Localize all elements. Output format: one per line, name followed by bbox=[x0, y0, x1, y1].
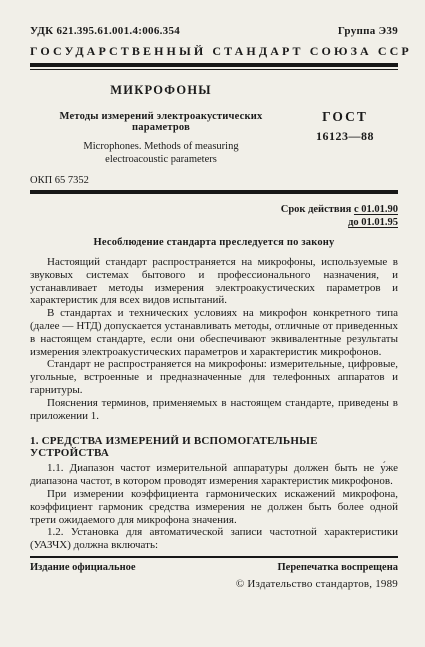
banner-rule-thick bbox=[30, 63, 398, 67]
publisher-copyright: © Издательство стандартов, 1989 bbox=[30, 578, 398, 590]
validity-block: Срок действия с 01.01.90 до 01.01.95 bbox=[30, 203, 398, 229]
okp-code: ОКП 65 7352 bbox=[30, 175, 398, 186]
section-1-heading: 1. СРЕДСТВА ИЗМЕРЕНИЙ И ВСПОМОГАТЕЛЬНЫЕ … bbox=[30, 435, 398, 459]
gost-document-page: УДК 621.395.61.001.4:006.354 Группа Э39 … bbox=[0, 0, 425, 647]
section-1-paragraph-3: 1.2. Установка для автоматической записи… bbox=[30, 526, 398, 552]
document-subtitle-en: Microphones. Methods of measuring electr… bbox=[30, 141, 292, 166]
udk-code: УДК 621.395.61.001.4:006.354 bbox=[30, 25, 180, 37]
intro-paragraph-3: Стандарт не распространяется на микрофон… bbox=[30, 358, 398, 396]
document-subtitle-ru: Методы измерений электроакустических пар… bbox=[30, 111, 292, 133]
reprint-prohibited-label: Перепечатка воспрещена bbox=[278, 562, 398, 573]
section-1-paragraph-2: При измерении коэффициента гармонических… bbox=[30, 488, 398, 526]
group-code: Группа Э39 bbox=[338, 25, 398, 37]
official-edition-label: Издание официальное bbox=[30, 562, 136, 573]
title-block: МИКРОФОНЫ Методы измерений электроакусти… bbox=[30, 83, 398, 166]
footer-labels-row: Издание официальное Перепечатка воспреще… bbox=[30, 562, 398, 573]
gost-designation-block: ГОСТ 16123—88 bbox=[292, 83, 398, 166]
section-1-text: 1.1. Диапазон частот измерительной аппар… bbox=[30, 462, 398, 552]
document-subtitle-en-line2: electroacoustic parameters bbox=[30, 154, 292, 167]
intro-text: Настоящий стандарт распространяется на м… bbox=[30, 256, 398, 422]
banner-rule-thin bbox=[30, 69, 398, 70]
footer-rule bbox=[30, 556, 398, 558]
top-meta-row: УДК 621.395.61.001.4:006.354 Группа Э39 bbox=[30, 25, 398, 37]
validity-from-line: Срок действия с 01.01.90 bbox=[30, 203, 398, 216]
validity-from-prefix: Срок действия bbox=[281, 204, 354, 215]
separator-rule-thick bbox=[30, 190, 398, 194]
document-subtitle-en-line1: Microphones. Methods of measuring bbox=[30, 141, 292, 154]
law-notice: Несоблюдение стандарта преследуется по з… bbox=[30, 237, 398, 248]
validity-from-date: с 01.01.90 bbox=[354, 204, 398, 215]
gost-label: ГОСТ bbox=[292, 109, 398, 125]
intro-paragraph-4: Пояснения терминов, применяемых в настоя… bbox=[30, 397, 398, 423]
document-title: МИКРОФОНЫ bbox=[30, 83, 292, 98]
state-standard-banner: ГОСУДАРСТВЕННЫЙ СТАНДАРТ СОЮЗА ССР bbox=[30, 44, 398, 59]
gost-number: 16123—88 bbox=[292, 129, 398, 144]
validity-to-line: до 01.01.95 bbox=[30, 216, 398, 229]
validity-to-date: до 01.01.95 bbox=[348, 217, 398, 228]
intro-paragraph-2: В стандартах и технических условиях на м… bbox=[30, 307, 398, 358]
title-left-column: МИКРОФОНЫ Методы измерений электроакусти… bbox=[30, 83, 292, 166]
page-footer: Издание официальное Перепечатка воспреще… bbox=[30, 556, 398, 590]
intro-paragraph-1: Настоящий стандарт распространяется на м… bbox=[30, 256, 398, 307]
section-1-paragraph-1: 1.1. Диапазон частот измерительной аппар… bbox=[30, 462, 398, 488]
